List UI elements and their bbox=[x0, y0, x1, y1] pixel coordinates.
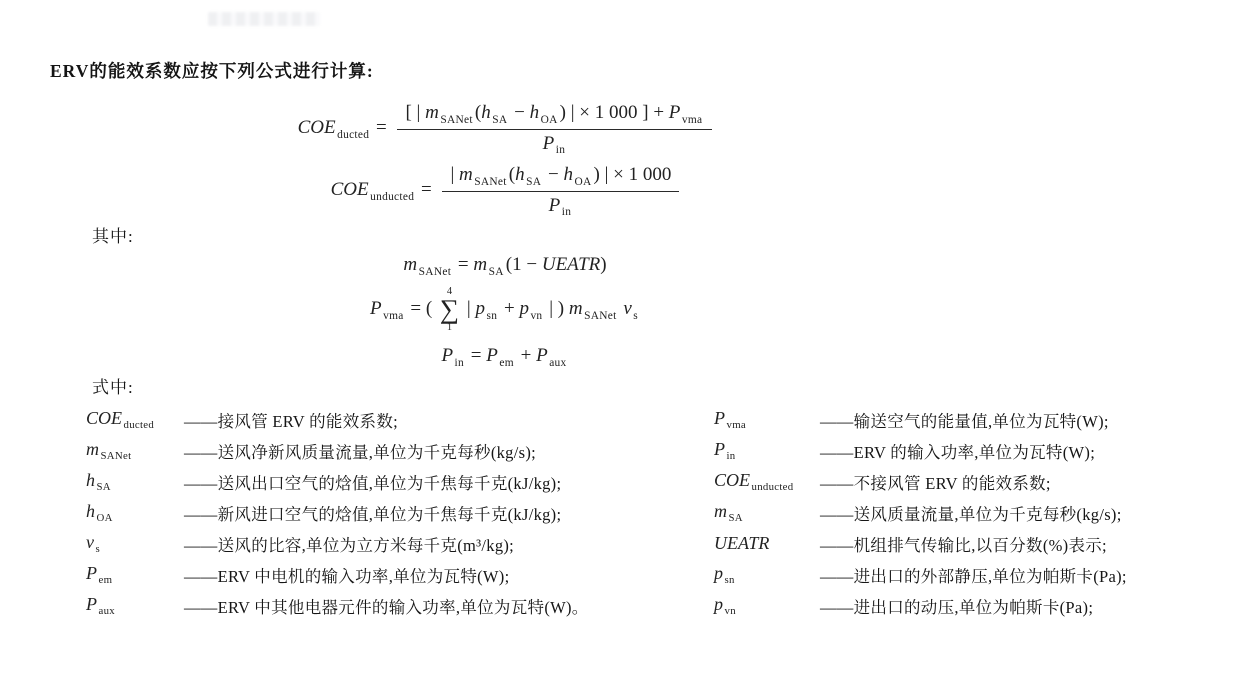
symbol-description: ——进出口的动压,单位为帕斯卡(Pa); bbox=[820, 594, 1093, 618]
faint-watermark bbox=[208, 12, 320, 26]
symbol: hSA bbox=[86, 470, 184, 493]
symbol: Paux bbox=[86, 594, 184, 617]
where-label: 其中: bbox=[92, 222, 134, 247]
definition-row: Pem ——ERV 中电机的输入功率,单位为瓦特(W); bbox=[86, 559, 710, 590]
symbol: pvn bbox=[714, 594, 820, 617]
symbol-description: ——新风进口空气的焓值,单位为千焦每千克(kJ/kg); bbox=[184, 501, 561, 525]
symbol: COEducted bbox=[86, 408, 184, 431]
symbol: Pin bbox=[714, 439, 820, 462]
formula-coe-ducted-lhs: COEducted = bbox=[298, 117, 392, 140]
definition-row: hSA ——送风出口空气的焓值,单位为千焦每千克(kJ/kg); bbox=[86, 466, 710, 497]
symbol-description: ——送风的比容,单位为立方米每千克(m³/kg); bbox=[184, 532, 514, 556]
formula-coe-unducted-numerator: | mSANet(hSA − hOA) | × 1 000 bbox=[442, 164, 679, 191]
formula-m-sanet: mSANet = mSA(1 − UEATR) bbox=[0, 252, 1010, 280]
symbol-description: ——送风出口空气的焓值,单位为千焦每千克(kJ/kg); bbox=[184, 470, 561, 494]
definitions-right-column: Pvma ——输送空气的能量值,单位为瓦特(W); Pin ——ERV 的输入功… bbox=[714, 404, 1214, 621]
summation: 4 ∑ 1 bbox=[440, 287, 459, 334]
formula-p-vma: Pvma = ( 4 ∑ 1 | psn + pvn | ) mSANet νs bbox=[0, 284, 1010, 336]
symbol: Pem bbox=[86, 563, 184, 586]
formula-p-vma-rhs: | psn + pvn | ) mSANet νs bbox=[462, 298, 640, 321]
formula-coe-ducted-numerator: [ | mSANet(hSA − hOA) | × 1 000 ] + Pvma bbox=[397, 102, 712, 129]
symbol: mSA bbox=[714, 501, 820, 524]
summation-lower-limit: 1 bbox=[447, 323, 452, 334]
definition-row: UEATR ——机组排气传输比,以百分数(%)表示; bbox=[714, 528, 1214, 559]
symbol-description: ——输送空气的能量值,单位为瓦特(W); bbox=[820, 408, 1109, 432]
symbol-description: ——进出口的外部静压,单位为帕斯卡(Pa); bbox=[820, 563, 1127, 587]
formula-coe-unducted: COEunducted = | mSANet(hSA − hOA) | × 1 … bbox=[0, 163, 1010, 219]
intro-sentence: ERV的能效系数应按下列公式进行计算: bbox=[50, 58, 374, 83]
symbol: mSANet bbox=[86, 439, 184, 462]
definition-row: νs ——送风的比容,单位为立方米每千克(m³/kg); bbox=[86, 528, 710, 559]
symbol-description: ——ERV 中其他电器元件的输入功率,单位为瓦特(W)。 bbox=[184, 594, 589, 618]
formula-coe-unducted-lhs: COEunducted = bbox=[331, 179, 437, 202]
definition-row: COEducted ——接风管 ERV 的能效系数; bbox=[86, 404, 710, 435]
definition-row: psn ——进出口的外部静压,单位为帕斯卡(Pa); bbox=[714, 559, 1214, 590]
definitions-left-column: COEducted ——接风管 ERV 的能效系数; mSANet ——送风净新… bbox=[86, 404, 710, 621]
definition-row: COEunducted ——不接风管 ERV 的能效系数; bbox=[714, 466, 1214, 497]
symbol-description: ——ERV 的输入功率,单位为瓦特(W); bbox=[820, 439, 1095, 463]
definitions-list: COEducted ——接风管 ERV 的能效系数; mSANet ——送风净新… bbox=[0, 404, 1242, 621]
symbols-label: 式中: bbox=[92, 373, 134, 398]
definition-row: mSA ——送风质量流量,单位为千克每秒(kg/s); bbox=[714, 497, 1214, 528]
symbol: νs bbox=[86, 532, 184, 555]
formula-p-in: Pin = Pem + Paux bbox=[0, 343, 1010, 371]
definition-row: Pin ——ERV 的输入功率,单位为瓦特(W); bbox=[714, 435, 1214, 466]
formula-coe-unducted-denominator: Pin bbox=[549, 192, 574, 218]
formula-p-vma-lhs: Pvma = ( bbox=[370, 298, 437, 321]
symbol-description: ——送风质量流量,单位为千克每秒(kg/s); bbox=[820, 501, 1122, 525]
symbol: Pvma bbox=[714, 408, 820, 431]
fraction: | mSANet(hSA − hOA) | × 1 000 Pin bbox=[442, 164, 679, 218]
symbol: COEunducted bbox=[714, 470, 820, 493]
symbol-description: ——送风净新风质量流量,单位为千克每秒(kg/s); bbox=[184, 439, 536, 463]
definition-row: pvn ——进出口的动压,单位为帕斯卡(Pa); bbox=[714, 590, 1214, 621]
definition-row: mSANet ——送风净新风质量流量,单位为千克每秒(kg/s); bbox=[86, 435, 710, 466]
formula-coe-ducted-denominator: Pin bbox=[543, 130, 568, 156]
symbol: hOA bbox=[86, 501, 184, 524]
formula-coe-ducted: COEducted = [ | mSANet(hSA − hOA) | × 1 … bbox=[0, 100, 1010, 158]
definition-row: hOA ——新风进口空气的焓值,单位为千焦每千克(kJ/kg); bbox=[86, 497, 710, 528]
sigma-summation-icon: ∑ bbox=[440, 297, 459, 323]
symbol-description: ——机组排气传输比,以百分数(%)表示; bbox=[820, 532, 1107, 556]
symbol-description: ——ERV 中电机的输入功率,单位为瓦特(W); bbox=[184, 563, 509, 587]
symbol-description: ——接风管 ERV 的能效系数; bbox=[184, 408, 398, 432]
formula-p-in-body: Pin = Pem + Paux bbox=[441, 345, 568, 368]
formula-m-sanet-body: mSANet = mSA(1 − UEATR) bbox=[403, 254, 606, 277]
symbol-description: ——不接风管 ERV 的能效系数; bbox=[820, 470, 1051, 494]
fraction: [ | mSANet(hSA − hOA) | × 1 000 ] + Pvma… bbox=[397, 102, 712, 156]
definition-row: Pvma ——输送空气的能量值,单位为瓦特(W); bbox=[714, 404, 1214, 435]
symbol: UEATR bbox=[714, 533, 820, 554]
definition-row: Paux ——ERV 中其他电器元件的输入功率,单位为瓦特(W)。 bbox=[86, 590, 710, 621]
symbol: psn bbox=[714, 563, 820, 586]
